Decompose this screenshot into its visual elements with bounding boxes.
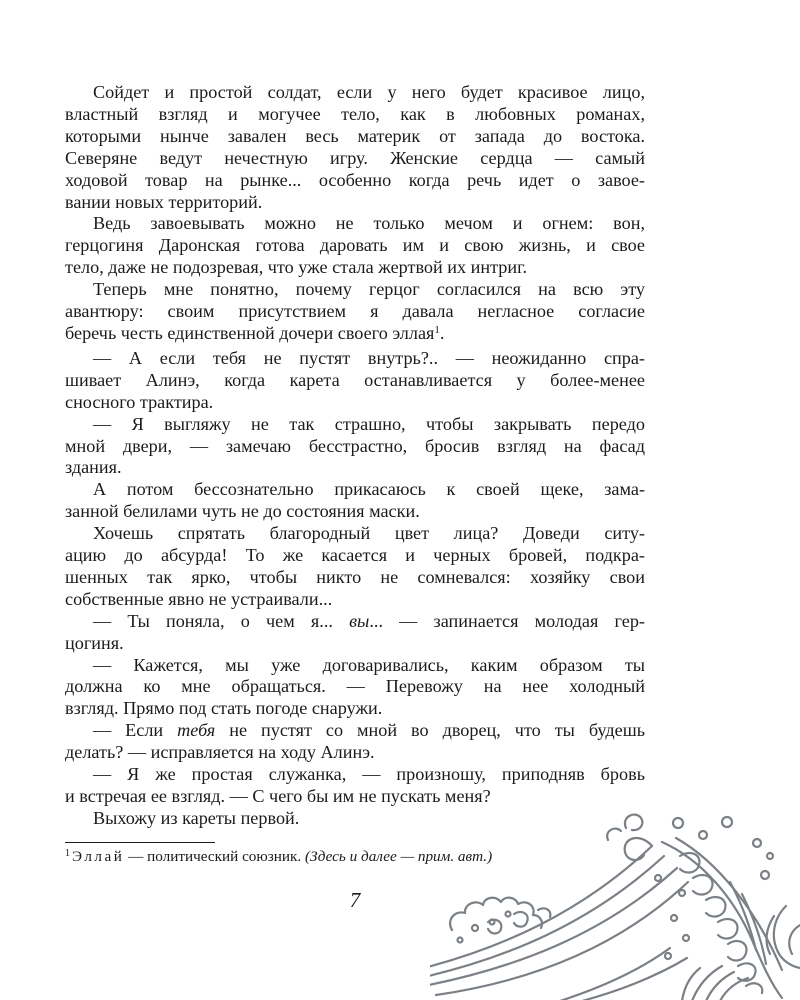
text-line: Хочешь спрятать благородный цвет лица? Д… <box>65 523 645 545</box>
text-line: беречь честь единственной дочери своего … <box>65 323 645 348</box>
text-segment: — А если тебя не пустят внутрь?.. — неож… <box>93 348 645 368</box>
text-line: собственные явно не устраивали... <box>65 589 645 611</box>
text-line: — А если тебя не пустят внутрь?.. — неож… <box>65 348 645 370</box>
text-segment: тело, даже не подозревая, что уже стала … <box>65 257 527 277</box>
text-segment: ходовой товар на рынке... особенно когда… <box>65 170 645 190</box>
footnote-term: Эллай <box>72 848 124 865</box>
footnote-reference: 1 <box>434 324 440 336</box>
text-segment: ... — запинается молодая гер- <box>369 611 645 631</box>
text-segment: герцогиня Даронская готова даровать им и… <box>65 235 645 255</box>
text-segment: Ведь завоевывать можно не только мечом и… <box>93 213 645 233</box>
text-line: — Ты поняла, о чем я... вы... — запинает… <box>65 611 645 633</box>
text-segment: должна ко мне обращаться. — Перевожу на … <box>65 676 645 696</box>
text-line: — Если тебя не пустят со мной во дворец,… <box>65 720 645 742</box>
text-segment: . <box>440 323 445 343</box>
text-line: герцогиня Даронская готова даровать им и… <box>65 235 645 257</box>
text-line: авантюру: своим присутствием я давала не… <box>65 301 645 323</box>
paragraph: А потом бессознательно прикасаюсь к свое… <box>65 479 645 523</box>
text-segment: мной двери, — замечаю бесстрастно, броси… <box>65 436 645 456</box>
text-line: — Я выгляжу не так страшно, чтобы закрыв… <box>65 414 645 436</box>
text-line: А потом бессознательно прикасаюсь к свое… <box>65 479 645 501</box>
text-segment: тебя <box>177 720 215 740</box>
text-line: мной двери, — замечаю бесстрастно, броси… <box>65 436 645 458</box>
text-segment: — Я же простая служанка, — произношу, пр… <box>93 764 645 784</box>
text-line: которыми нынче завален весь материк от з… <box>65 126 645 148</box>
text-segment: — Я выгляжу не так страшно, чтобы закрыв… <box>93 414 645 434</box>
text-segment: беречь честь единственной дочери своего … <box>65 323 434 343</box>
wave-icon <box>430 798 800 1000</box>
paragraph: Сойдет и простой солдат, если у него буд… <box>65 82 645 213</box>
text-line: — Кажется, мы уже договаривались, каким … <box>65 655 645 677</box>
text-segment: шивает Алинэ, когда карета останавливает… <box>65 370 645 390</box>
text-segment: Теперь мне понятно, почему герцог соглас… <box>93 279 645 299</box>
paragraph: Ведь завоевывать можно не только мечом и… <box>65 213 645 279</box>
text-line: Ведь завоевывать можно не только мечом и… <box>65 213 645 235</box>
text-segment: Сойдет и простой солдат, если у него буд… <box>93 82 645 102</box>
book-page: Сойдет и простой солдат, если у него буд… <box>0 0 800 1000</box>
text-line: делать? — исправляется на ходу Алинэ. <box>65 742 645 764</box>
text-segment: Выхожу из кареты первой. <box>93 808 299 828</box>
text-line: властный взгляд и могучее тело, как в лю… <box>65 104 645 126</box>
text-segment: собственные явно не устраивали... <box>65 589 332 609</box>
text-line: ходовой товар на рынке... особенно когда… <box>65 170 645 192</box>
text-line: тело, даже не подозревая, что уже стала … <box>65 257 645 279</box>
text-line: взгляд. Прямо под стать погоде снаружи. <box>65 698 645 720</box>
paragraph: — А если тебя не пустят внутрь?.. — неож… <box>65 348 645 414</box>
text-line: Сойдет и простой солдат, если у него буд… <box>65 82 645 104</box>
text-line: занной белилами чуть не до состояния мас… <box>65 501 645 523</box>
text-line: Северяне ведут нечестную игру. Женские с… <box>65 148 645 170</box>
text-segment: делать? — исправляется на ходу Алинэ. <box>65 742 375 762</box>
text-segment: авантюру: своим присутствием я давала не… <box>65 301 645 321</box>
text-segment: вании новых территорий. <box>65 192 262 212</box>
text-line: здания. <box>65 457 645 479</box>
text-line: шивает Алинэ, когда карета останавливает… <box>65 370 645 392</box>
text-segment: не пустят со мной во дворец, что ты буде… <box>215 720 645 740</box>
text-segment: — Кажется, мы уже договаривались, каким … <box>93 655 645 675</box>
paragraph: — Кажется, мы уже договаривались, каким … <box>65 655 645 721</box>
text-segment: сносного трактира. <box>65 392 213 412</box>
text-segment: ацию до абсурда! То же касается и черных… <box>65 545 645 565</box>
text-segment: и встречая ее взгляд. — С чего бы им не … <box>65 786 491 806</box>
paragraph: — Ты поняла, о чем я... вы... — запинает… <box>65 611 645 655</box>
text-segment: — Ты поняла, о чем я... <box>93 611 349 631</box>
text-segment: которыми нынче завален весь материк от з… <box>65 126 645 146</box>
paragraph: Хочешь спрятать благородный цвет лица? Д… <box>65 523 645 611</box>
paragraph: — Я выгляжу не так страшно, чтобы закрыв… <box>65 414 645 480</box>
text-segment: А потом бессознательно прикасаюсь к свое… <box>93 479 645 499</box>
text-line: сносного трактира. <box>65 392 645 414</box>
paragraph: Теперь мне понятно, почему герцог соглас… <box>65 279 645 348</box>
text-line: должна ко мне обращаться. — Перевожу на … <box>65 676 645 698</box>
text-segment: властный взгляд и могучее тело, как в лю… <box>65 104 645 124</box>
text-segment: вы <box>349 611 369 631</box>
text-line: ацию до абсурда! То же касается и черных… <box>65 545 645 567</box>
text-segment: занной белилами чуть не до состояния мас… <box>65 501 420 521</box>
text-segment: цогиня. <box>65 633 124 653</box>
text-segment: Хочешь спрятать благородный цвет лица? Д… <box>93 523 645 543</box>
text-segment: взгляд. Прямо под стать погоде снаружи. <box>65 698 382 718</box>
text-segment: — Если <box>93 720 177 740</box>
footnote-rule <box>65 842 215 843</box>
text-line: Теперь мне понятно, почему герцог соглас… <box>65 279 645 301</box>
paragraph: — Если тебя не пустят со мной во дворец,… <box>65 720 645 764</box>
text-segment: здания. <box>65 457 122 477</box>
footnote-marker: 1 <box>65 848 70 859</box>
footnote-definition: — политический союзник. <box>124 848 305 865</box>
text-line: шенных так ярко, чтобы никто не сомневал… <box>65 567 645 589</box>
text-line: цогиня. <box>65 633 645 655</box>
text-line: вании новых территорий. <box>65 192 645 214</box>
text-segment: шенных так ярко, чтобы никто не сомневал… <box>65 567 645 587</box>
text-line: — Я же простая служанка, — произношу, пр… <box>65 764 645 786</box>
text-segment: Северяне ведут нечестную игру. Женские с… <box>65 148 645 168</box>
text-block: Сойдет и простой солдат, если у него буд… <box>65 82 645 830</box>
wave-illustration-icon <box>430 798 800 1000</box>
